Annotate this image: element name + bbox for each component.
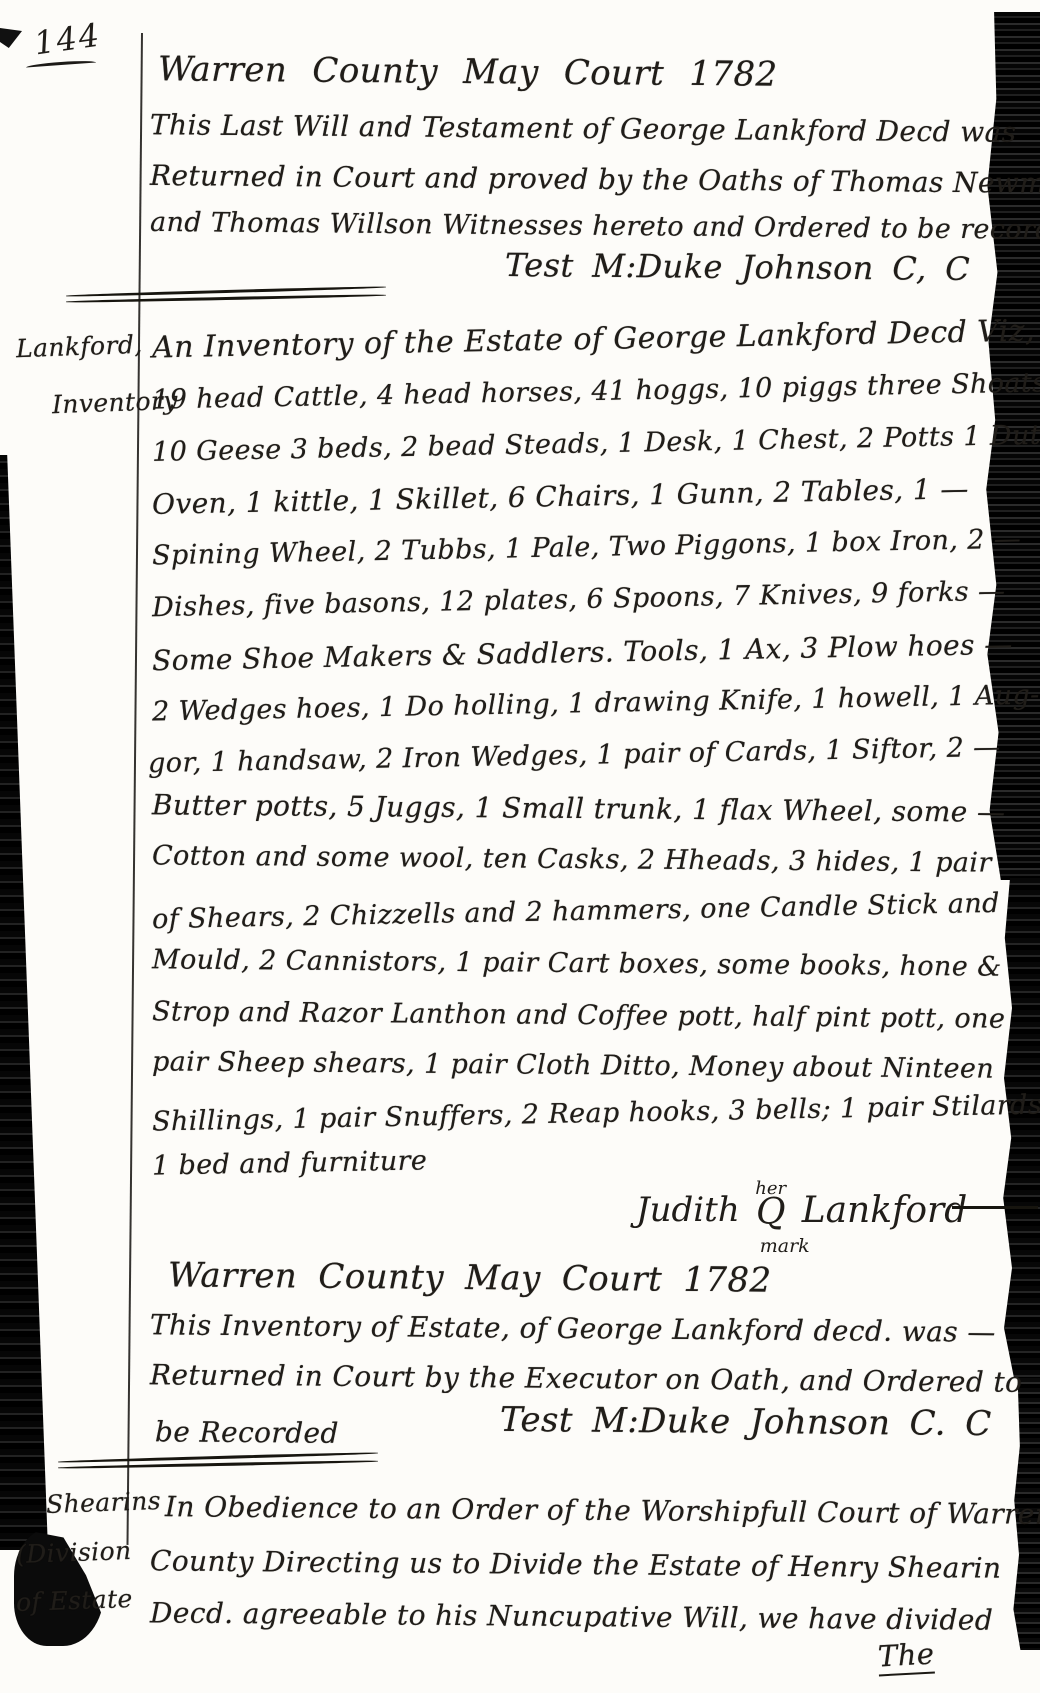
- inventory-line: Oven, 1 kittle, 1 Skillet, 6 Chairs, 1 G…: [152, 472, 969, 521]
- inventory-line: 10 Geese 3 beds, 2 bead Steads, 1 Desk, …: [152, 419, 1040, 468]
- inventory-line: 19 head Cattle, 4 head horses, 41 hoggs,…: [152, 367, 1040, 415]
- division-line: Decd. agreeable to his Nuncupative Will,…: [150, 1596, 993, 1636]
- division-line: County Directing us to Divide the Estate…: [150, 1544, 1002, 1584]
- left-scan-edge: [0, 455, 60, 1550]
- margin-note-lankford: Lankford,: [16, 330, 143, 363]
- right-scan-edge-mid: [1000, 878, 1040, 1378]
- inventory-line: 1 bed and furniture: [152, 1145, 428, 1181]
- inventory-line: of Shears, 2 Chizzells and 2 hammers, on…: [152, 888, 1000, 935]
- return-line: Returned in Court by the Executor on Oat…: [150, 1358, 1023, 1399]
- inventory-line: gor, 1 handsaw, 2 Iron Wedges, 1 pair of…: [148, 732, 1001, 779]
- division-line: In Obedience to an Order of the Worshipf…: [165, 1490, 1040, 1531]
- her-mark-glyph: Q: [756, 1196, 786, 1230]
- margin-note-shearins: Shearins: [46, 1486, 162, 1519]
- mark-label: mark: [760, 1238, 810, 1254]
- inventory-line: Butter potts, 5 Juggs, 1 Small trunk, 1 …: [152, 788, 1006, 828]
- probate-line: This Last Will and Testament of George L…: [150, 108, 1017, 149]
- inventory-line: Strop and Razor Lanthon and Coffee pott,…: [152, 996, 1006, 1034]
- inventory-line: Shillings, 1 pair Snuffers, 2 Reap hooks…: [152, 1089, 1040, 1137]
- inventory-line: Dishes, five basons, 12 plates, 6 Spoons…: [152, 576, 1006, 623]
- inventory-line: 2 Wedges hoes, 1 Do holling, 1 drawing K…: [152, 679, 1040, 727]
- page-number: 144: [32, 16, 104, 63]
- margin-rule-line: [126, 33, 143, 1545]
- corner-tear-mark: [0, 28, 22, 48]
- probate-line: and Thomas Willson Witnesses hereto and …: [150, 207, 1040, 246]
- inventory-line: Cotton and some wool, ten Casks, 2 Hhead…: [152, 840, 992, 878]
- section-divider: [58, 1456, 378, 1468]
- inventory-line: pair Sheep shears, 1 pair Cloth Ditto, M…: [152, 1046, 994, 1084]
- margin-note-division: (Division: [16, 1536, 132, 1569]
- probate-attestation: Test M:Duke Johnson C, C: [505, 246, 970, 288]
- section-divider: [66, 290, 386, 302]
- signature-flourish-line: [952, 1206, 1038, 1209]
- return-attestation: Test M:Duke Johnson C. C: [500, 1400, 992, 1444]
- signature-block: Judith her Q mark Lankford: [636, 1178, 967, 1242]
- inventory-line: Mould, 2 Cannistors, 1 pair Cart boxes, …: [152, 944, 1002, 982]
- her-mark: her Q mark: [746, 1182, 796, 1246]
- signature-first-name: Judith: [636, 1190, 740, 1230]
- probate-heading: Warren County May Court 1782: [158, 49, 778, 94]
- return-line: This Inventory of Estate, of George Lank…: [150, 1308, 996, 1348]
- return-line: be Recorded: [155, 1415, 339, 1450]
- manuscript-page: 144 Warren County May Court 1782 This La…: [0, 0, 1040, 1693]
- probate-line: Returned in Court and proved by the Oath…: [150, 159, 1040, 200]
- return-heading: Warren County May Court 1782: [168, 1255, 772, 1300]
- inventory-line: Spining Wheel, 2 Tubbs, 1 Pale, Two Pigg…: [152, 524, 1022, 572]
- signature-surname: Lankford: [802, 1190, 968, 1231]
- inventory-line: An Inventory of the Estate of George Lan…: [152, 314, 1035, 366]
- margin-note-of-estate: of Estate: [16, 1584, 134, 1617]
- catchword: The: [877, 1637, 935, 1677]
- inventory-line: Some Shoe Makers & Saddlers. Tools, 1 Ax…: [152, 628, 1013, 678]
